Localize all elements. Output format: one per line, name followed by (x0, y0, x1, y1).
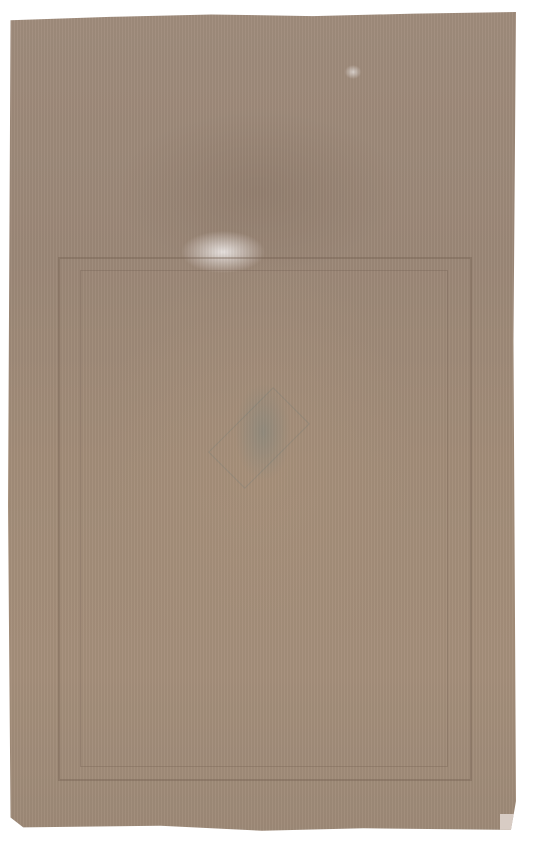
rug-photo (8, 12, 516, 834)
rug-border-inner (80, 270, 448, 767)
worn-corner (500, 814, 514, 834)
